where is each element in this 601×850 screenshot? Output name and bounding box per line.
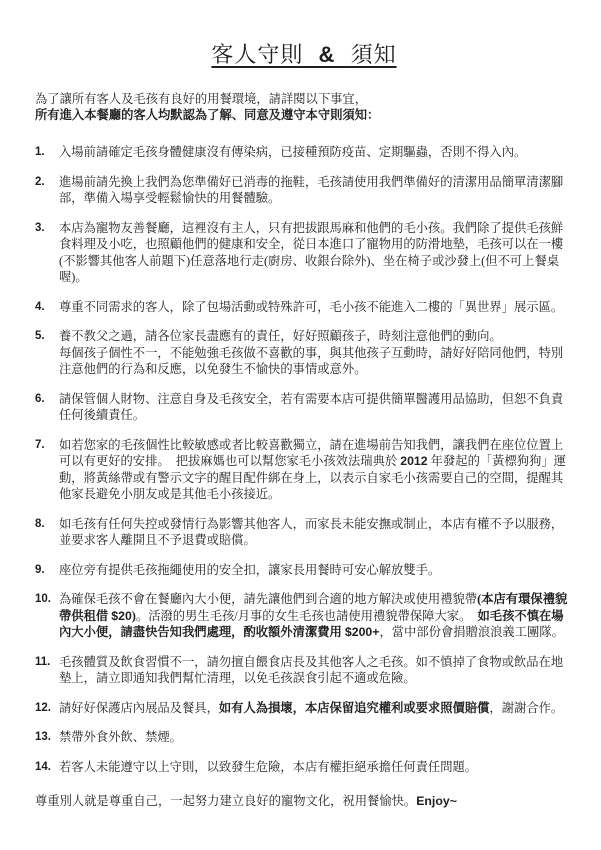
rule-item: 12.請好好保護店內展品及餐具，如有人為損壞，本店保留追究權利或要求照價賠償，謝… [35,700,573,717]
rule-item: 9.座位旁有提供毛孩拖繩使用的安全扣，讓家長用餐時可安心解放雙手。 [35,562,573,579]
rule-text: 養不教父之過，請各位家長盡應有的責任，好好照顧孩子，時刻注意他們的動向。每個孩子… [59,328,573,378]
rule-item: 5.養不教父之過，請各位家長盡應有的責任，好好照顧孩子，時刻注意他們的動向。每個… [35,328,573,378]
text-segment: 2012 [400,454,427,468]
text-segment: 為確保毛孩不會在餐廳內大小便，請先讓他們到合適的地方解決或使用禮貌帶 [59,592,477,606]
rule-text: 如若您家的毛孩個性比較敏感或者比較喜歡獨立，請在進場前告知我們，讓我們在座位位置… [59,437,573,503]
rule-text: 請好好保護店內展品及餐具，如有人為損壞，本店保留追究權利或要求照價賠償，謝謝合作… [59,700,573,717]
rule-number: 6. [35,391,59,408]
rule-text: 入場前請確定毛孩身體健康沒有傳染病，已接種預防疫苗、定期驅蟲，否則不得入內。 [59,144,573,161]
rule-number: 5. [35,328,59,345]
rule-text: 座位旁有提供毛孩拖繩使用的安全扣，讓家長用餐時可安心解放雙手。 [59,562,573,579]
text-segment: Enjoy~ [416,794,457,808]
rule-number: 8. [35,516,59,533]
rule-number: 1. [35,144,59,161]
rule-number: 13. [35,729,59,746]
rule-number: 12. [35,700,59,717]
intro-line-1: 為了讓所有客人及毛孩有良好的用餐環境，請詳閱以下事宜， [35,91,573,107]
rule-item: 14.若客人未能遵守以上守則，以致發生危險，本店有權拒絕承擔任何責任問題。 [35,759,573,776]
text-segment: 養不教父之過，請各位家長盡應有的責任，好好照顧孩子，時刻注意他們的動向。 [59,329,502,343]
text-segment: ，當中部份會捐贈浪浪義工團隊。 [379,625,563,639]
rule-text: 毛孩體質及飲食習慣不一，請勿擅自餵食店長及其他客人之毛孩。如不慎掉了食物或飲品在… [59,654,573,687]
text-segment: & [303,42,350,67]
rule-number: 3. [35,220,59,237]
text-segment: 禁帶外食外飲、禁煙。 [59,730,182,744]
rule-text: 為確保毛孩不會在餐廳內大小便，請先讓他們到合適的地方解決或使用禮貌帶(本店有環保… [59,591,573,641]
rule-item: 6.請保管個人財物、注意自身及毛孩安全，若有需要本店可提供簡單醫護用品協助，但恕… [35,391,573,424]
text-segment: ，謝謝合作。 [489,701,563,715]
rule-text: 請保管個人財物、注意自身及毛孩安全，若有需要本店可提供簡單醫護用品協助，但恕不負… [59,391,573,424]
rule-number: 10. [35,591,59,608]
rule-text: 尊重不同需求的客人，除了包場活動或特殊許可，毛小孩不能進入二樓的「異世界」展示區… [59,299,573,316]
text-segment: 如有人為損壞，本店保留追究權利或要求照價賠償 [219,701,490,715]
text-segment: 須知 [351,42,397,67]
rule-item: 1.入場前請確定毛孩身體健康沒有傳染病，已接種預防疫苗、定期驅蟲，否則不得入內。 [35,144,573,161]
rule-item: 11.毛孩體質及飲食習慣不一，請勿擅自餵食店長及其他客人之毛孩。如不慎掉了食物或… [35,654,573,687]
rule-item: 7.如若您家的毛孩個性比較敏感或者比較喜歡獨立，請在進場前告知我們，讓我們在座位… [35,437,573,503]
text-segment: 。活潑的男生毛孩/月事的女生毛孩也請使用禮貌帶保障大家。 [136,609,478,623]
rule-item: 13.禁帶外食外飲、禁煙。 [35,729,573,746]
rule-item: 8.如毛孩有任何失控或發情行為影響其他客人，而家長未能安撫或制止，本店有權不予以… [35,516,573,549]
text-segment: 如毛孩有任何失控或發情行為影響其他客人，而家長未能安撫或制止，本店有權不予以服務… [59,517,563,548]
rule-text: 進場前請先換上我們為您準備好已消毒的拖鞋，毛孩請使用我們準備好的清潔用品簡單清潔… [59,174,573,207]
rule-text: 如毛孩有任何失控或發情行為影響其他客人，而家長未能安撫或制止，本店有權不予以服務… [59,516,573,549]
text-segment: 尊重別人就是尊重自己，一起努力建立良好的寵物文化，祝用餐愉快。 [35,794,416,808]
rule-number: 9. [35,562,59,579]
rule-text: 禁帶外食外飲、禁煙。 [59,729,573,746]
text-segment: 進場前請先換上我們為您準備好已消毒的拖鞋，毛孩請使用我們準備好的清潔用品簡單清潔… [59,175,563,206]
text-segment: 請保管個人財物、注意自身及毛孩安全，若有需要本店可提供簡單醫護用品協助，但恕不負… [59,392,563,423]
rule-number: 2. [35,174,59,191]
rule-number: 4. [35,299,59,316]
intro-line-2: 所有進入本餐廳的客人均默認為了解、同意及遵守本守則須知： [35,107,573,123]
text-segment: 尊重不同需求的客人，除了包場活動或特殊許可，毛小孩不能進入二樓的「異世界」展示區… [59,300,563,314]
rule-number: 7. [35,437,59,454]
text-segment: 本店為寵物友善餐廳，這裡沒有主人，只有把拔跟馬麻和他們的毛小孩。我們除了提供毛孩… [59,221,563,285]
text-segment: 客人守則 [211,42,303,67]
rules-list: 1.入場前請確定毛孩身體健康沒有傳染病，已接種預防疫苗、定期驅蟲，否則不得入內。… [35,144,573,775]
text-segment: 入場前請確定毛孩身體健康沒有傳染病，已接種預防疫苗、定期驅蟲，否則不得入內。 [59,145,526,159]
closing-line: 尊重別人就是尊重自己，一起努力建立良好的寵物文化，祝用餐愉快。Enjoy~ [35,793,573,809]
rule-number: 14. [35,759,59,776]
rule-item: 2.進場前請先換上我們為您準備好已消毒的拖鞋，毛孩請使用我們準備好的清潔用品簡單… [35,174,573,207]
text-segment: 請好好保護店內展品及餐具， [59,701,219,715]
text-segment: 座位旁有提供毛孩拖繩使用的安全扣，讓家長用餐時可安心解放雙手。 [59,563,440,577]
rule-item: 3.本店為寵物友善餐廳，這裡沒有主人，只有把拔跟馬麻和他們的毛小孩。我們除了提供… [35,220,573,286]
rule-number: 11. [35,654,59,671]
document-page: 客人守則 & 須知 為了讓所有客人及毛孩有良好的用餐環境，請詳閱以下事宜， 所有… [0,0,601,850]
text-segment: $20 [111,609,132,623]
rule-item: 10.為確保毛孩不會在餐廳內大小便，請先讓他們到合適的地方解決或使用禮貌帶(本店… [35,591,573,641]
rule-text: 本店為寵物友善餐廳，這裡沒有主人，只有把拔跟馬麻和他們的毛小孩。我們除了提供毛孩… [59,220,573,286]
rule-text: 若客人未能遵守以上守則，以致發生危險，本店有權拒絕承擔任何責任問題。 [59,759,573,776]
text-segment: 若客人未能遵守以上守則，以致發生危險，本店有權拒絕承擔任何責任問題。 [59,760,477,774]
page-title: 客人守則 & 須知 [35,38,573,69]
text-segment: 每個孩子個性不一，不能勉強毛孩做不喜歡的事，與其他孩子互動時，請好好陪同他們，特… [59,346,563,377]
text-segment: 毛孩體質及飲食習慣不一，請勿擅自餵食店長及其他客人之毛孩。如不慎掉了食物或飲品在… [59,655,563,686]
text-segment: $200+ [345,625,380,639]
rule-item: 4.尊重不同需求的客人，除了包場活動或特殊許可，毛小孩不能進入二樓的「異世界」展… [35,299,573,316]
